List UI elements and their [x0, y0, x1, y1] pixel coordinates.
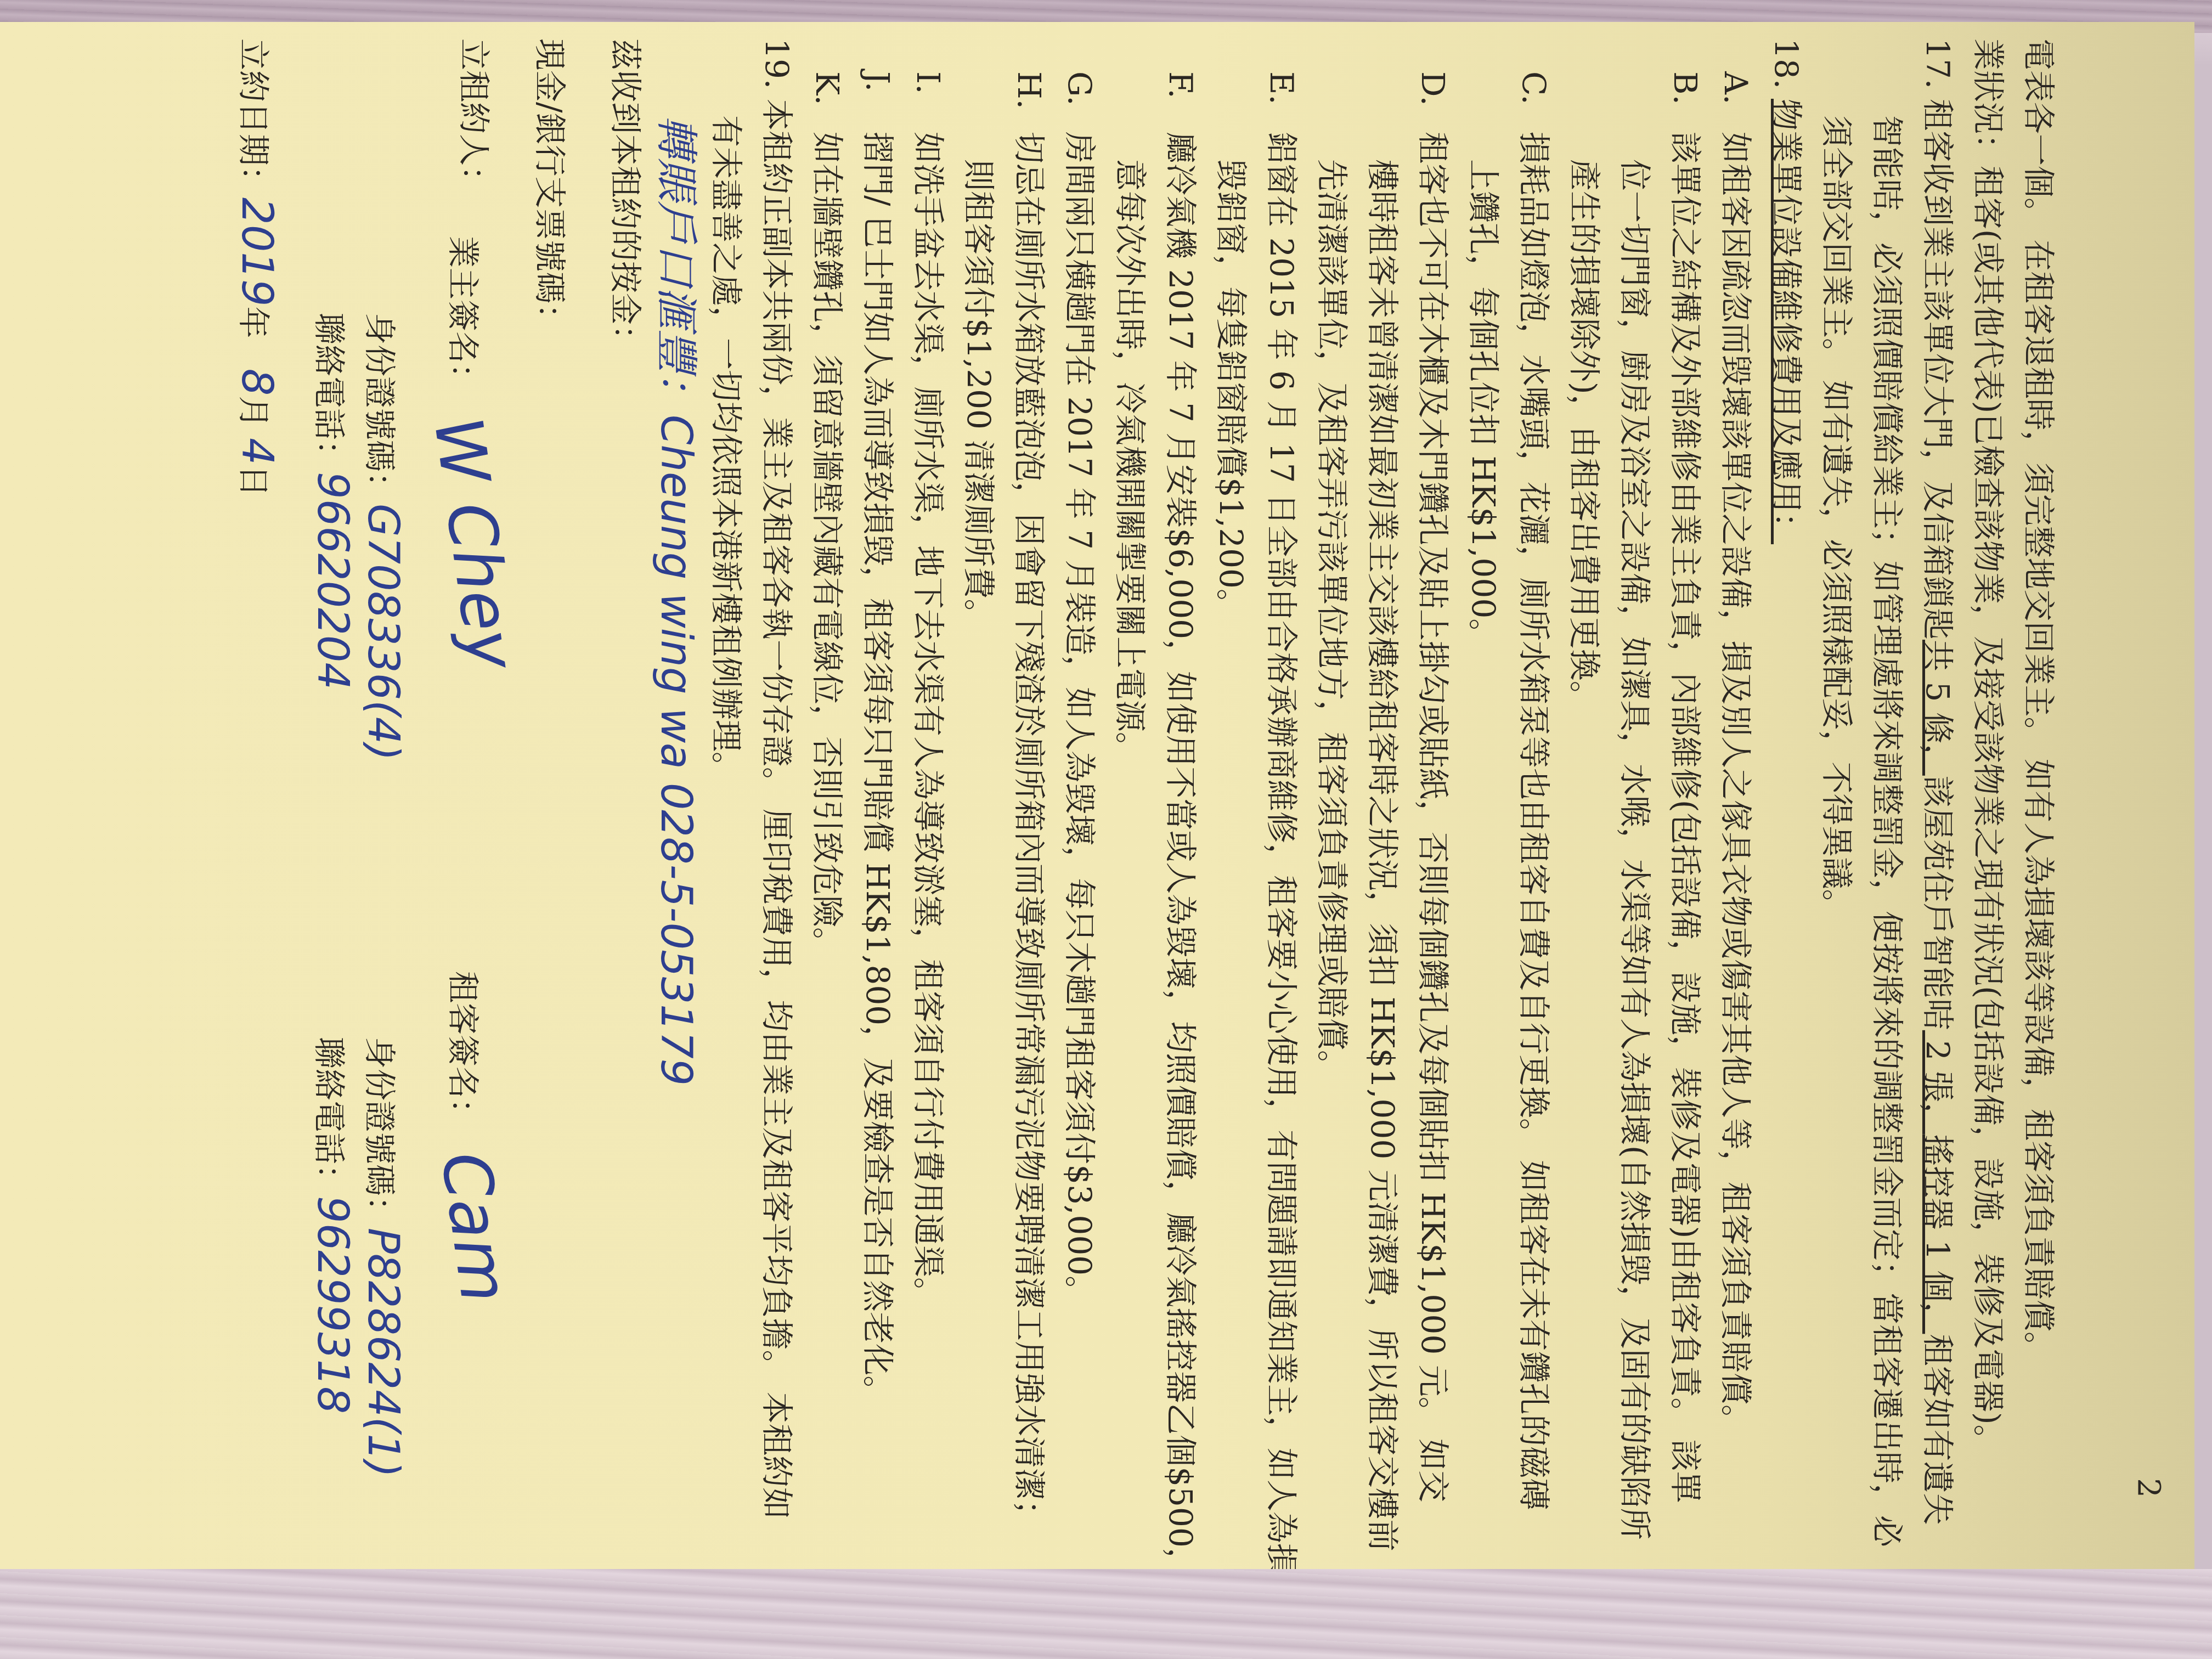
tenant-phone-value: 96299318 — [308, 1196, 357, 1414]
contract-page-2: 2 電表各一個。 在租客退租時，須完整地交回業主。 如有人為損壞該等設備，租客須… — [67, 22, 2194, 1531]
remote-count: 搖控器 1 個， — [1919, 1135, 1956, 1334]
key-count: 共 5 條， — [1919, 640, 1956, 776]
subclause-a: A.如租客因疏忽而毀壞該單位之設備，損及別人之傢具衣物或傷害其他人等，租客須負責… — [1711, 38, 1761, 1509]
landlord-sign-field: 業主簽名：W Chey — [438, 236, 499, 670]
date-month: 8 — [232, 369, 281, 396]
subclause-text: 如在牆壁鑽孔，須留意牆壁內藏有電線位，否則引致危險。 — [809, 132, 846, 959]
contract-paper: 2 電表各一個。 在租客退租時，須完整地交回業主。 如有人為損壞該等設備，租客須… — [0, 22, 2194, 1580]
day-suffix: 日 — [235, 465, 272, 497]
subclause-d: D.租客也不可在木櫃及木門鑽孔及貼上掛勾或貼紙，否則每個鑽孔及每個貼扣 HK$1… — [1408, 38, 1458, 1509]
subclause-label: D. — [1408, 38, 1458, 132]
landlord-id-field: 身份證號碼：G708336(4) — [354, 313, 408, 761]
card-count: 2 張， — [1919, 1030, 1956, 1135]
subclause-k: K.如在牆壁鑽孔，須留意牆壁內藏有電線位，否則引致危險。 — [802, 38, 853, 1509]
landlord-phone-label: 聯絡電話： — [311, 313, 348, 472]
subclause-b-line2: 位一切門窗，廚房及浴室之設備，如潔具，水喉，水渠等如有人為損壞(自然損毀，及固有… — [1610, 38, 1660, 1509]
subclause-text: 如洗手盆去水渠，廁所水渠，地下去水渠有人為導致淤塞，租客須自行付費用通渠。 — [910, 132, 947, 1309]
subclause-c-line2: 上鑽孔，每個孔位扣 HK$1,000。 — [1458, 38, 1509, 1509]
parties-label: 立租約人： — [449, 38, 499, 198]
subclause-text: 租客也不可在木櫃及木門鑽孔及貼上掛勾或貼紙，否則每個鑽孔及每個貼扣 HK$1,0… — [1414, 132, 1452, 1502]
page-number: 2 — [2123, 1478, 2174, 1498]
subclause-g: G.房間兩只橫趟門在 2017 年 7 月裝造，如人為毀壞，每只木趟門租客須付$… — [1054, 38, 1105, 1509]
clause-text: 租客收到業主該單位大門，及信箱鎖匙 — [1919, 99, 1956, 640]
subclause-text: 該單位之結構及外部維修由業主負責，內部維修(包括設備，設施，裝修及電器)由租客負… — [1667, 132, 1704, 1503]
subclause-text: 廳冷氣機 2017 年 7 月安裝$6,000，如使用不當或人為毀壞，均照價賠償… — [1162, 132, 1199, 1580]
subclause-label: A. — [1711, 38, 1761, 132]
subclause-text: 切忌在廁所水箱放藍泡泡，因會留下殘渣於廁所箱內而導致廁所常漏污泥物要聘清潔工用強… — [1011, 132, 1048, 1532]
subclause-c: C.損耗品如燈泡，水嘴頭，花灑，廁所水箱泵等也由租客自費及自行更換。 如租客在未… — [1509, 38, 1559, 1509]
clause-17-line3: 須全部交回業主。 如有遺失，必須照樣配妥，不得異議。 — [1812, 38, 1862, 1509]
subclause-e: E.鋁窗在 2015 年 6 月 17 日全部由合格承辦商維修，租客要小心使用，… — [1256, 38, 1307, 1509]
subclause-text: 房間兩只橫趟門在 2017 年 7 月裝造，如人為毀壞，每只木趟門租客須付$3,… — [1061, 132, 1098, 1307]
handwritten-bank-account: 轉賬戶口滙豐：Cheung wing wa 028-5-053179 — [651, 38, 701, 1509]
subclause-text: 鋁窗在 2015 年 6 月 17 日全部由合格承辦商維修，租客要小心使用，有問… — [1263, 132, 1300, 1575]
month-suffix: 月 — [235, 396, 272, 428]
subclause-b-line3: 產生的損壞除外)，由租客出費用更換。 — [1559, 38, 1610, 1509]
clause-number: 18. — [1761, 38, 1812, 99]
clause-title: 物業單位設備維修費用及應用： — [1768, 99, 1805, 544]
contract-body: 電表各一個。 在租客退租時，須完整地交回業主。 如有人為損壞該等設備，租客須負責… — [228, 38, 2064, 1509]
subclause-b: B.該單位之結構及外部維修由業主負責，內部維修(包括設備，設施，裝修及電器)由租… — [1660, 38, 1711, 1509]
clause-16-tail: 電表各一個。 在租客退租時，須完整地交回業主。 如有人為損壞該等設備，租客須負責… — [2013, 38, 2064, 1509]
landlord-phone-field: 聯絡電話：96620204 — [304, 313, 358, 690]
subclause-label: F. — [1155, 38, 1206, 132]
subclause-label: B. — [1660, 38, 1711, 132]
subclause-j: J.摺門/ 巴士門如人為而導致損毀，租客須每只門賠償 HK$1,800，及要檢查… — [853, 38, 903, 1509]
landlord-phone-value: 96620204 — [308, 472, 357, 690]
subclause-text: 如租客因疏忽而毀壞該單位之設備，損及別人之傢具衣物或傷害其他人等，租客須負責賠償… — [1717, 132, 1754, 1436]
contract-date: 立約日期：2019年 8月 4日 — [228, 38, 282, 1509]
clause-number: 17. — [1912, 38, 1963, 99]
date-label: 立約日期： — [235, 38, 272, 198]
tenant-id-label: 身份證號碼： — [361, 1037, 398, 1228]
subclause-label: K. — [802, 38, 853, 132]
clause-19-line2: 有未盡善之處，一切均依照本港新樓租例辦理。 — [701, 38, 752, 1509]
subclause-text: 摺門/ 巴士門如人為而導致損毀，租客須每只門賠償 HK$1,800，及要檢查是否… — [859, 132, 896, 1407]
deposit-received-label: 茲收到本租約的按金： — [600, 38, 651, 1509]
subclause-f: F.廳冷氣機 2017 年 7 月安裝$6,000，如使用不當或人為毀壞，均照價… — [1155, 38, 1206, 1509]
signature-row: 立租約人： 業主簽名：W Chey 租客簽名：Cam — [433, 38, 499, 1509]
tenant-phone-field: 聯絡電話：96299318 — [304, 1037, 358, 1414]
phone-row: 聯絡電話：96620204 聯絡電話：96299318 — [307, 38, 358, 1509]
subclause-d-line3: 先清潔該單位，及租客弄污該單位地方，租客須負責修理或賠償。 — [1307, 38, 1357, 1509]
subclause-label: E. — [1256, 38, 1307, 132]
payment-method-label: 現金/銀行支票號碼： — [524, 38, 575, 1509]
tenant-sign-field: 租客簽名：Cam — [438, 971, 499, 1302]
clause-17: 17.租客收到業主該單位大門，及信箱鎖匙共 5 條，該屋苑住戶智能咭 2 張，搖… — [1912, 38, 1963, 1509]
landlord-sign-label: 業主簽名： — [444, 236, 482, 395]
clause-number: 19. — [752, 38, 802, 99]
subclause-label: I. — [903, 38, 953, 132]
clause-19: 19.本租約正副本共兩份，業主及租客各執一份存證。 厘印稅費用，均由業主及租客平… — [752, 38, 802, 1509]
subclause-label: G. — [1054, 38, 1105, 132]
tenant-id-field: 身份證號碼：P828624(1) — [354, 1037, 408, 1477]
subclause-label: C. — [1509, 38, 1559, 132]
table-surface-bottom — [0, 1569, 2212, 1659]
subclause-h-line2: 則租客須付$1,200 清潔廁所費。 — [953, 38, 1004, 1509]
tenant-id-value: P828624(1) — [358, 1228, 408, 1477]
clause-16-condition: 業狀況：租客(或其他代表)已檢查該物業，及接受該物業之現有狀況(包括設備，設施，… — [1963, 38, 2013, 1509]
subclause-label: H. — [1004, 38, 1054, 132]
landlord-id-label: 身份證號碼： — [361, 313, 398, 504]
subclause-d-line2: 樓時租客未曾清潔如最初業主交該樓給租客時之狀況，須扣 HK$1,000 元清潔費… — [1357, 38, 1408, 1509]
id-row: 身份證號碼：G708336(4) 身份證號碼：P828624(1) — [358, 38, 408, 1509]
subclause-f-line2: 意每次外出時，冷氣機開關掣要關上電源。 — [1105, 38, 1155, 1509]
subclause-text: 損耗品如燈泡，水嘴頭，花灑，廁所水箱泵等也由租客自費及自行更換。 如租客在未有鑽… — [1515, 132, 1553, 1510]
date-day: 4 — [232, 438, 281, 465]
clause-text: 該屋苑住戶智能咭 — [1919, 776, 1956, 1030]
date-year: 2019 — [232, 198, 281, 307]
year-suffix: 年 — [235, 307, 272, 338]
tenant-sign-label: 租客簽名： — [444, 971, 482, 1130]
clause-text: 本租約正副本共兩份，業主及租客各執一份存證。 厘印稅費用，均由業主及租客平均負擔… — [758, 99, 795, 1519]
subclause-i: I.如洗手盆去水渠，廁所水渠，地下去水渠有人為導致淤塞，租客須自行付費用通渠。 — [903, 38, 953, 1509]
tenant-signature: Cam — [438, 1149, 509, 1305]
clause-text: 租客如有遺失 — [1919, 1334, 1956, 1525]
subclause-e-line2: 毀鋁窗，每隻鋁窗賠償$1,200。 — [1206, 38, 1256, 1509]
subclause-h: H.切忌在廁所水箱放藍泡泡，因會留下殘渣於廁所箱內而導致廁所常漏污泥物要聘清潔工… — [1004, 38, 1054, 1509]
subclause-label: J. — [853, 38, 903, 132]
clause-18-heading: 18.物業單位設備維修費用及應用： — [1761, 38, 1812, 1509]
clause-17-line2: 智能咭，必須照價賠償給業主；如管理處將來調整罰金，便按將來的調整罰金而定；當租客… — [1862, 38, 1912, 1509]
tenant-phone-label: 聯絡電話： — [311, 1037, 348, 1196]
landlord-id-value: G708336(4) — [358, 504, 408, 761]
